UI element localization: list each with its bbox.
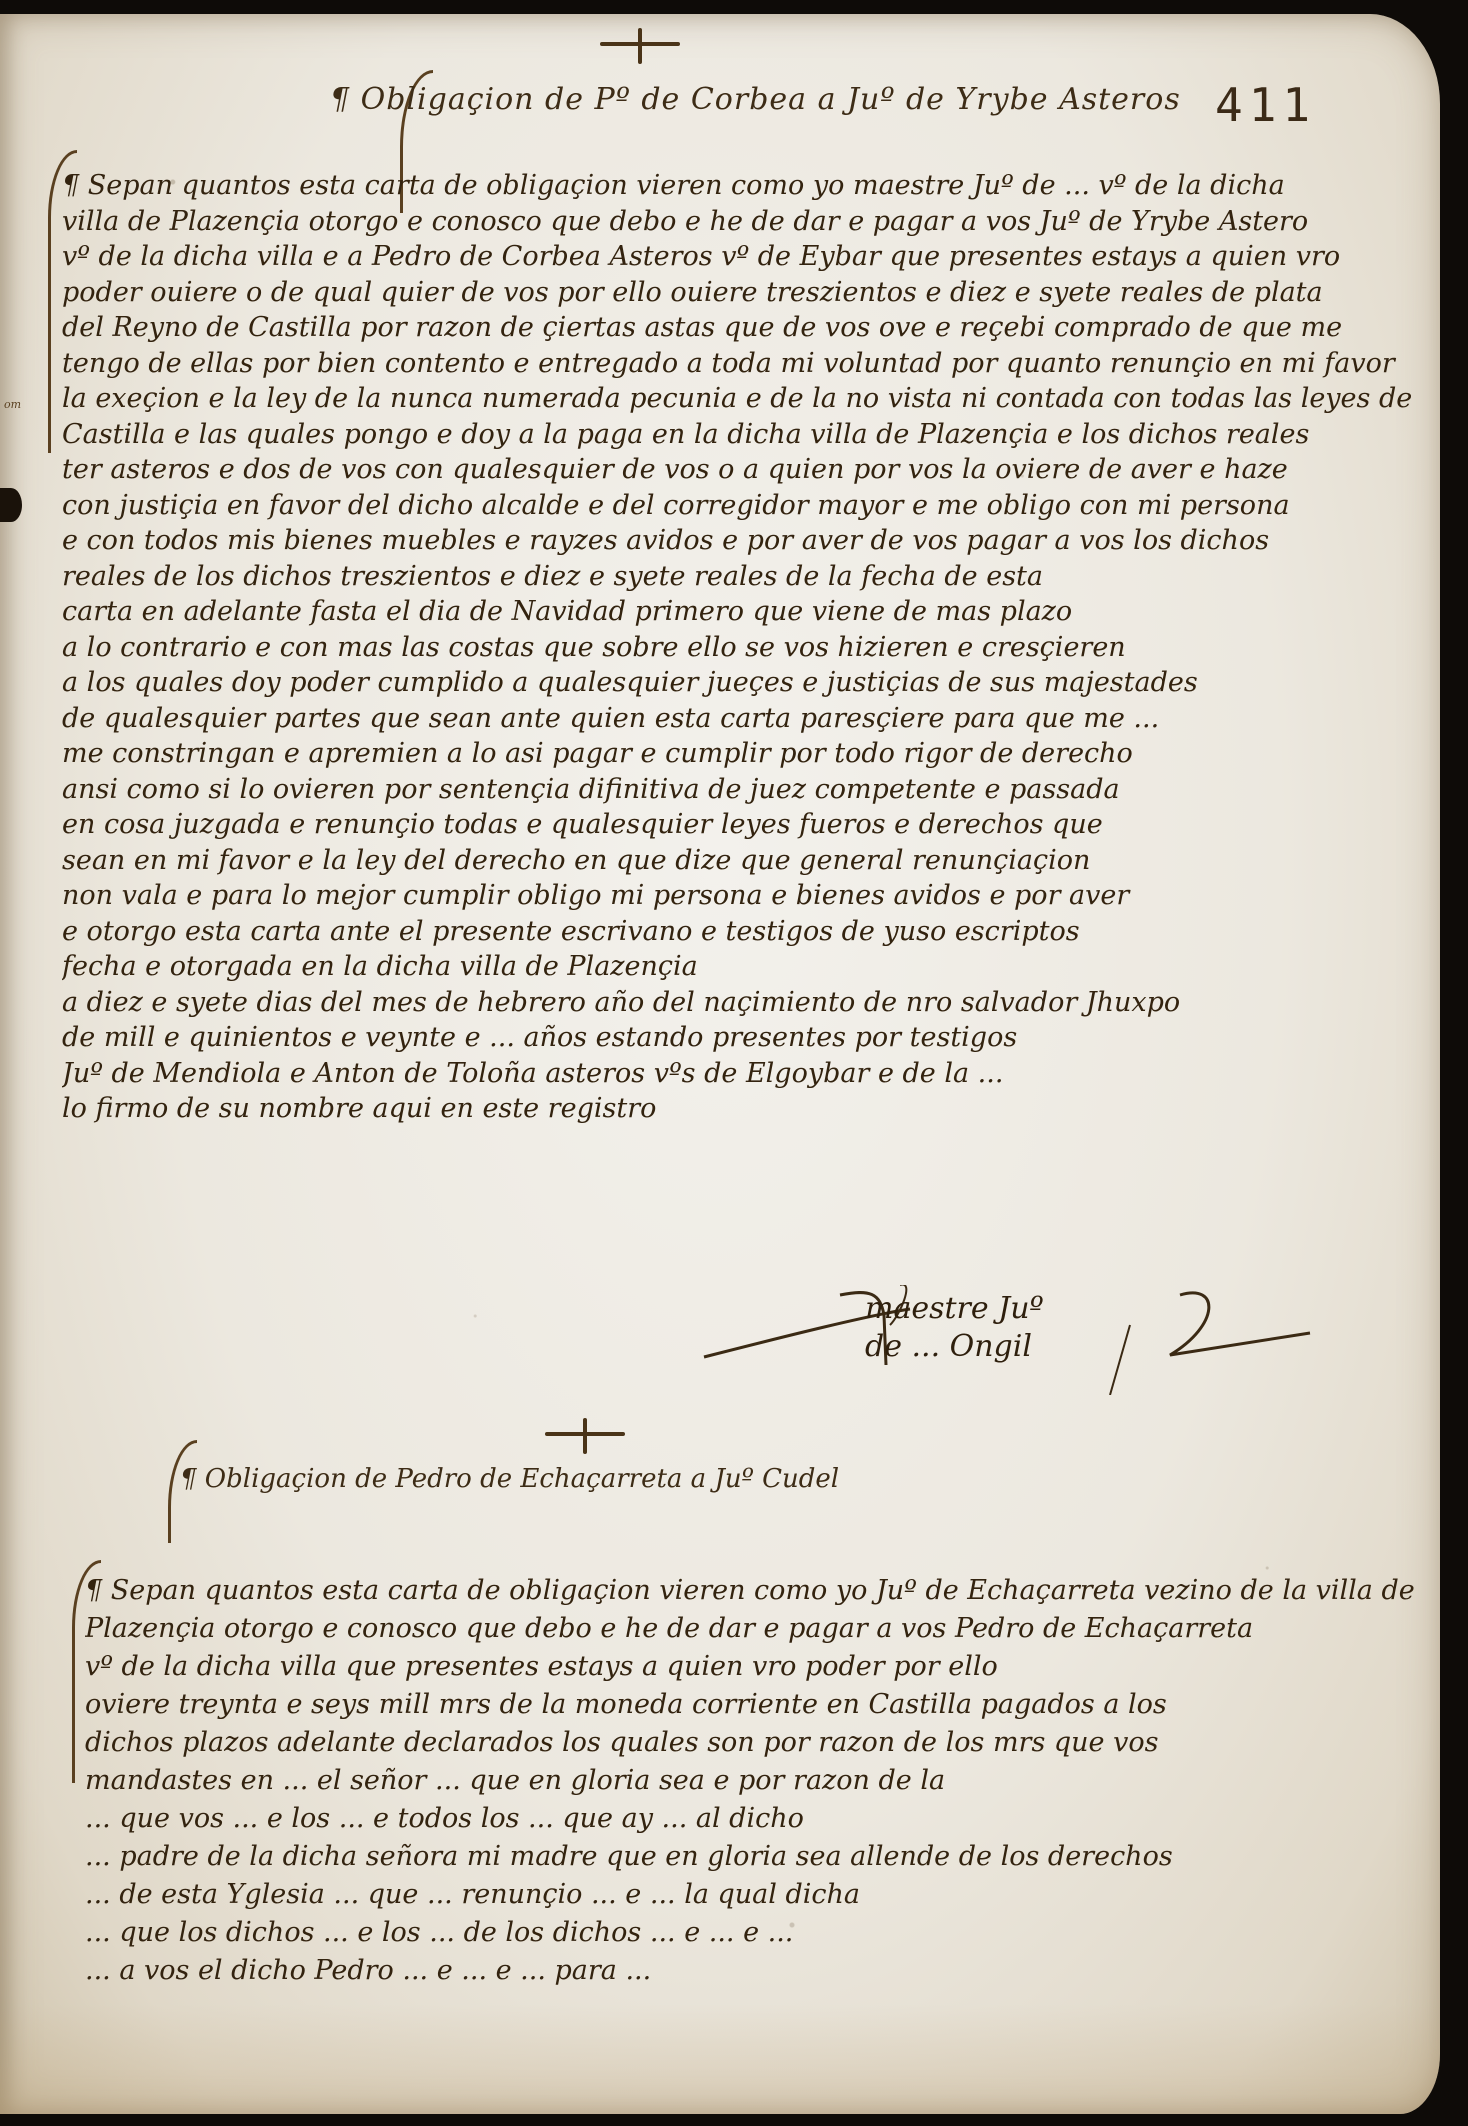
text-line: Juº de Mendiola e Anton de Toloña astero… <box>62 1056 1422 1092</box>
text-line: Castilla e las quales pongo e doy a la p… <box>62 417 1422 453</box>
text-line: mandastes en ... el señor ... que en glo… <box>85 1762 1415 1800</box>
text-line: a diez e syete dias del mes de hebrero a… <box>62 985 1422 1021</box>
section-1-body: ¶ Sepan quantos esta carta de obligaçion… <box>62 168 1422 1127</box>
text-line: non vala e para lo mejor cumplir obligo … <box>62 878 1422 914</box>
text-line: sean en mi favor e la ley del derecho en… <box>62 843 1422 879</box>
text-line: a lo contrario e con mas las costas que … <box>62 630 1422 666</box>
text-line: de mill e quinientos e veynte e ... años… <box>62 1020 1422 1056</box>
text-line: dichos plazos adelante declarados los qu… <box>85 1724 1415 1762</box>
cross-symbol-1 <box>600 28 680 68</box>
signature-line-2: de ... Ongil <box>865 1329 1032 1364</box>
text-line: lo firmo de su nombre aqui en este regis… <box>62 1091 1422 1127</box>
text-line: poder ouiere o de qual quier de vos por … <box>62 275 1422 311</box>
text-line: ter asteros e dos de vos con qualesquier… <box>62 452 1422 488</box>
text-line: ... de esta Yglesia ... que ... renunçio… <box>85 1876 1415 1914</box>
text-line: e con todos mis bienes muebles e rayzes … <box>62 523 1422 559</box>
text-line: ... padre de la dicha señora mi madre qu… <box>85 1838 1415 1876</box>
text-line: reales de los dichos treszientos e diez … <box>62 559 1422 595</box>
text-line: ... que los dichos ... e los ... de los … <box>85 1914 1415 1952</box>
cross-symbol-2 <box>545 1418 625 1458</box>
text-line: vº de la dicha villa que presentes estay… <box>85 1648 1415 1686</box>
signature-line-1: maestre Juº <box>865 1291 1044 1326</box>
text-line: en cosa juzgada e renunçio todas e quale… <box>62 807 1422 843</box>
text-line: de qualesquier partes que sean ante quie… <box>62 701 1422 737</box>
text-line: ¶ Sepan quantos esta carta de obligaçion… <box>85 1572 1415 1610</box>
text-line: vº de la dicha villa e a Pedro de Corbea… <box>62 239 1422 275</box>
text-line: oviere treynta e seys mill mrs de la mon… <box>85 1686 1415 1724</box>
ink-blot <box>0 488 22 522</box>
text-line: me constringan e apremien a lo asi pagar… <box>62 736 1422 772</box>
text-line: ¶ Sepan quantos esta carta de obligaçion… <box>62 168 1422 204</box>
text-line: la exeçion e la ley de la nunca numerada… <box>62 381 1422 417</box>
text-line: ansi como si lo ovieren por sentençia di… <box>62 772 1422 808</box>
water-stain <box>0 2004 1440 2114</box>
notary-signature: maestre Juº de ... Ongil <box>700 1285 1320 1395</box>
text-line: con justiçia en favor del dicho alcalde … <box>62 488 1422 524</box>
section-2-heading: ¶ Obligaçion de Pedro de Echaçarreta a J… <box>180 1464 839 1494</box>
text-line: del Reyno de Castilla por razon de çiert… <box>62 310 1422 346</box>
folio-number: 411 <box>1215 78 1316 132</box>
section-2-body: ¶ Sepan quantos esta carta de obligaçion… <box>85 1572 1415 1990</box>
text-line: ... que vos ... e los ... e todos los ..… <box>85 1800 1415 1838</box>
text-line: fecha e otorgada en la dicha villa de Pl… <box>62 949 1422 985</box>
text-line: a los quales doy poder cumplido a quales… <box>62 665 1422 701</box>
text-line: e otorgo esta carta ante el presente esc… <box>62 914 1422 950</box>
section-1-heading: ¶ Obligaçion de Pº de Corbea a Juº de Yr… <box>330 82 1181 117</box>
text-line: carta en adelante fasta el dia de Navida… <box>62 594 1422 630</box>
text-line: ... a vos el dicho Pedro ... e ... e ...… <box>85 1952 1415 1990</box>
margin-note: om <box>4 398 21 411</box>
text-line: villa de Plazençia otorgo e conosco que … <box>62 204 1422 240</box>
text-line: tengo de ellas por bien contento e entre… <box>62 346 1422 382</box>
text-line: Plazençia otorgo e conosco que debo e he… <box>85 1610 1415 1648</box>
